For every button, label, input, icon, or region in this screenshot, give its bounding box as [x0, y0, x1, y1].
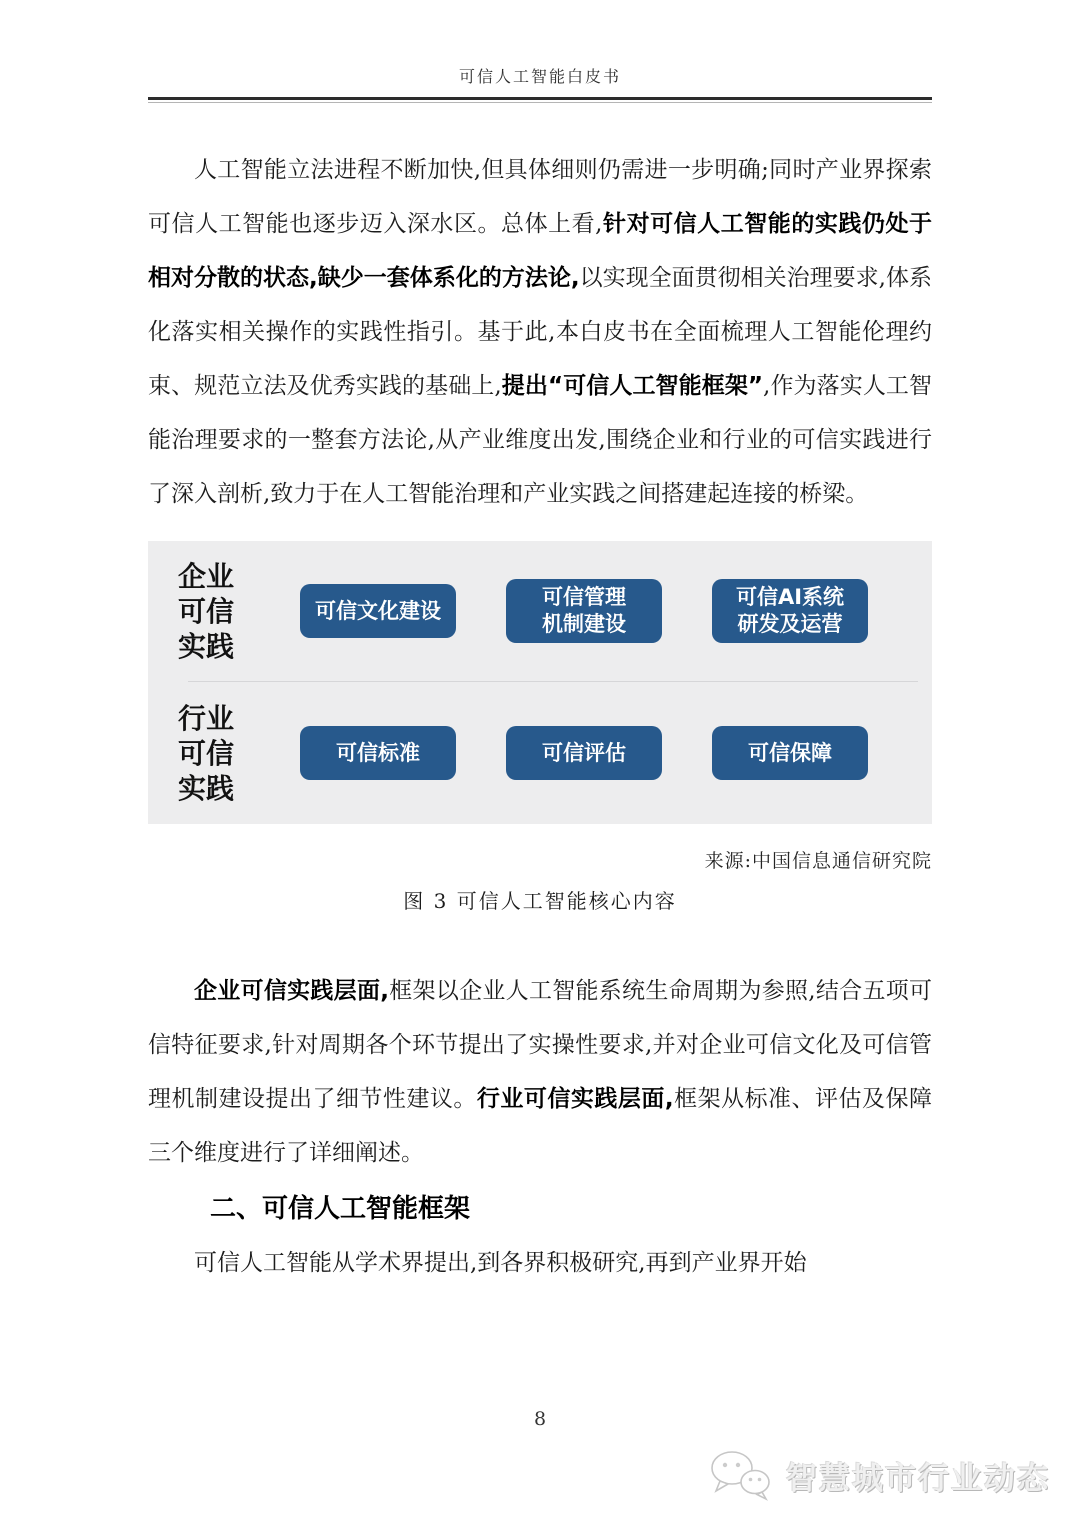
figure-trusted-ai-core: 企业 可信 实践 可信文化建设 可信管理 机制建设 可信AI系统 研发及运营 [148, 541, 932, 824]
box-line: 可信管理 [518, 584, 650, 611]
figure-box-trusted-ai-system: 可信AI系统 研发及运营 [712, 579, 868, 643]
box-line: 可信文化建设 [312, 598, 444, 625]
header-rule-shadow [148, 102, 932, 103]
figure-box-trusted-evaluation: 可信评估 [506, 726, 662, 780]
figure-row-enterprise: 企业 可信 实践 可信文化建设 可信管理 机制建设 可信AI系统 研发及运营 [178, 541, 932, 681]
figure-box-trusted-culture: 可信文化建设 [300, 584, 456, 638]
page-number: 8 [0, 1408, 1080, 1430]
paragraph-1: 人工智能立法进程不断加快,但具体细则仍需进一步明确;同时产业界探索可信人工智能也… [148, 143, 932, 521]
account-watermark: 智慧城市行业动态 [708, 1448, 1050, 1502]
text-run-bold: 提出“可信人工智能框架” [502, 373, 763, 399]
box-line: 研发及运营 [724, 611, 856, 638]
wechat-icon [708, 1448, 774, 1502]
label-line: 企业 [178, 559, 272, 594]
page-header-title: 可信人工智能白皮书 [148, 64, 932, 90]
box-line: 可信标准 [312, 740, 444, 767]
label-line: 实践 [178, 629, 272, 664]
box-line: 可信保障 [724, 740, 856, 767]
text-run-bold: 企业可信实践层面, [194, 978, 389, 1004]
figure-row-label: 企业 可信 实践 [178, 559, 272, 664]
box-line: 机制建设 [518, 611, 650, 638]
label-line: 可信 [178, 736, 272, 771]
label-line: 实践 [178, 771, 272, 806]
box-line: 可信AI系统 [724, 584, 856, 611]
figure-source: 来源:中国信息通信研究院 [148, 846, 932, 873]
label-line: 可信 [178, 594, 272, 629]
section-heading: 二、可信人工智能框架 [148, 1182, 932, 1236]
figure-box-trusted-management: 可信管理 机制建设 [506, 579, 662, 643]
header-rule [148, 97, 932, 100]
page-header: 可信人工智能白皮书 [148, 0, 932, 103]
text-run-bold: 行业可信实践层面, [477, 1086, 674, 1112]
figure-caption: 图 3 可信人工智能核心内容 [148, 885, 932, 914]
figure-box-trusted-standard: 可信标准 [300, 726, 456, 780]
figure-button-group: 可信标准 可信评估 可信保障 [300, 726, 868, 780]
watermark-text: 智慧城市行业动态 [786, 1453, 1050, 1498]
paragraph-2: 企业可信实践层面,框架以企业人工智能系统生命周期为参照,结合五项可信特征要求,针… [148, 964, 932, 1180]
paragraph-3: 可信人工智能从学术界提出,到各界积极研究,再到产业界开始 [148, 1236, 932, 1290]
figure-row-industry: 行业 可信 实践 可信标准 可信评估 可信保障 [178, 682, 932, 824]
figure-box-trusted-guarantee: 可信保障 [712, 726, 868, 780]
box-line: 可信评估 [518, 740, 650, 767]
page-content: 人工智能立法进程不断加快,但具体细则仍需进一步明确;同时产业界探索可信人工智能也… [148, 143, 932, 1290]
figure-button-group: 可信文化建设 可信管理 机制建设 可信AI系统 研发及运营 [300, 579, 868, 643]
label-line: 行业 [178, 701, 272, 736]
figure-row-label: 行业 可信 实践 [178, 701, 272, 806]
document-page: 可信人工智能白皮书 人工智能立法进程不断加快,但具体细则仍需进一步明确;同时产业… [0, 0, 1080, 1526]
